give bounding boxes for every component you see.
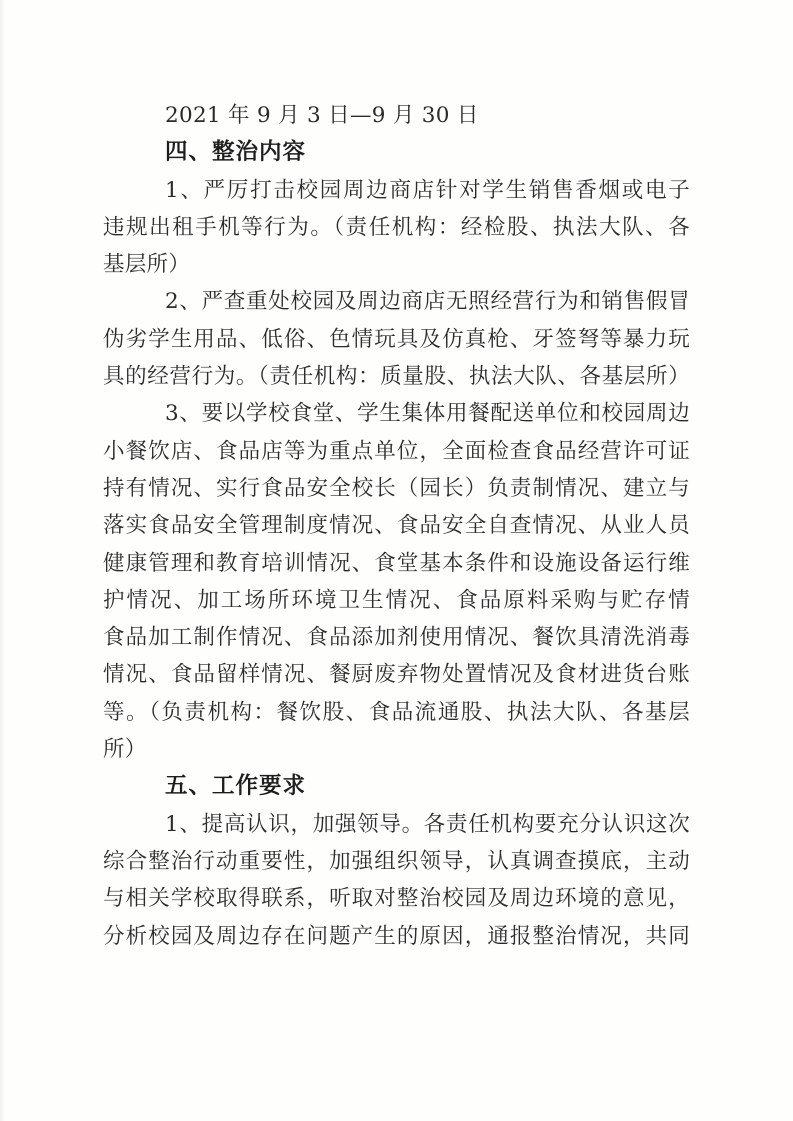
heading-work-requirements: 五、工作要求 <box>103 768 690 805</box>
requirement1-line: 与相关学校取得联系，听取对整治校园及周边环境的意见， <box>103 880 690 917</box>
item3-line: 食品加工制作情况、食品添加剂使用情况、餐饮具清洗消毒 <box>103 619 690 656</box>
item3-line: 所） <box>103 731 690 768</box>
requirement1-line: 分析校园及周边存在问题产生的原因，通报整治情况，共同 <box>103 918 690 955</box>
heading-rectification-content: 四、整治内容 <box>103 134 690 171</box>
scan-edge-shadow <box>0 0 5 1121</box>
requirement1-line: 1、提高认识，加强领导。各责任机构要充分认识这次 <box>103 806 690 843</box>
item1-line: 违规出租手机等行为。（责任机构：经检股、执法大队、各 <box>103 209 690 246</box>
item3-line: 护情况、加工场所环境卫生情况、食品原料采购与贮存情况、 <box>103 582 690 619</box>
item3-line: 等。（负责机构：餐饮股、食品流通股、执法大队、各基层 <box>103 694 690 731</box>
item1-line: 基层所） <box>103 246 690 283</box>
document-text-block: 2021 年 9 月 3 日—9 月 30 日 四、整治内容 1、严厉打击校园周… <box>103 97 690 955</box>
date-range: 2021 年 9 月 3 日—9 月 30 日 <box>103 97 690 134</box>
item3-line: 小餐饮店、食品店等为重点单位，全面检查食品经营许可证 <box>103 433 690 470</box>
item3-line: 健康管理和教育培训情况、食堂基本条件和设施设备运行维 <box>103 545 690 582</box>
item1-line: 1、严厉打击校园周边商店针对学生销售香烟或电子烟、 <box>103 172 690 209</box>
item2-line: 具的经营行为。（责任机构：质量股、执法大队、各基层所） <box>103 358 690 395</box>
document-page: 2021 年 9 月 3 日—9 月 30 日 四、整治内容 1、严厉打击校园周… <box>0 0 793 1121</box>
requirement1-line: 综合整治行动重要性，加强组织领导，认真调查摸底，主动 <box>103 843 690 880</box>
item3-line: 落实食品安全管理制度情况、食品安全自查情况、从业人员 <box>103 507 690 544</box>
item3-line: 情况、食品留样情况、餐厨废弃物处置情况及食材进货台账 <box>103 656 690 693</box>
item3-line: 持有情况、实行食品安全校长（园长）负责制情况、建立与 <box>103 470 690 507</box>
item2-line: 2、严查重处校园及周边商店无照经营行为和销售假冒 <box>103 283 690 320</box>
item2-line: 伪劣学生用品、低俗、色情玩具及仿真枪、牙签弩等暴力玩 <box>103 321 690 358</box>
item3-line: 3、要以学校食堂、学生集体用餐配送单位和校园周边 <box>103 395 690 432</box>
